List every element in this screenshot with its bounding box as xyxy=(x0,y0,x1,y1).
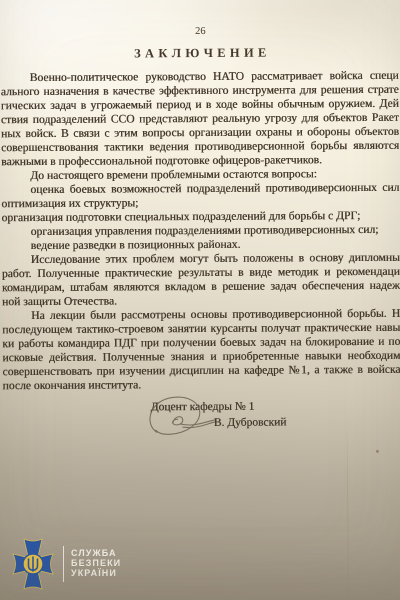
signature-name: В. Дубровский xyxy=(214,416,287,428)
signature-block: Доцент кафедры № 1 В. Дубровский xyxy=(0,0,398,1)
document-photo: { "page": { "number": "26", "title": "З … xyxy=(0,0,400,600)
paper-crease xyxy=(347,414,349,599)
document-page: 26 З А К Л Ю Ч Е Н И Е Военно-политическ… xyxy=(0,0,400,600)
page-number: 26 xyxy=(0,25,400,38)
body-text: Военно-политическое руководство НАТО рас… xyxy=(0,69,400,393)
text-line: после окончания института. xyxy=(0,377,400,393)
text-line: командирам, штабам являются вкладом в ре… xyxy=(0,279,400,295)
text-line: организация управления подразделениями п… xyxy=(0,223,400,239)
sbu-wordmark: СЛУЖБА БЕЗПЕКИ УКРАЇНИ xyxy=(71,549,121,578)
text-line: совершенствования тактики ведения против… xyxy=(0,139,399,155)
sbu-watermark: СЛУЖБА БЕЗПЕКИ УКРАЇНИ xyxy=(10,536,121,592)
page-title: З А К Л Ю Ч Е Н И Е xyxy=(0,45,400,62)
text-line: оценка боевых возможностей подразделений… xyxy=(0,181,399,197)
sbu-divider xyxy=(63,546,64,582)
sbu-emblem-icon xyxy=(10,536,56,592)
sbu-wordmark-line: УКРАЇНИ xyxy=(71,569,121,579)
paper-speck xyxy=(376,450,379,453)
text-line: совершенствовать при изучении дисциплин … xyxy=(0,363,400,379)
